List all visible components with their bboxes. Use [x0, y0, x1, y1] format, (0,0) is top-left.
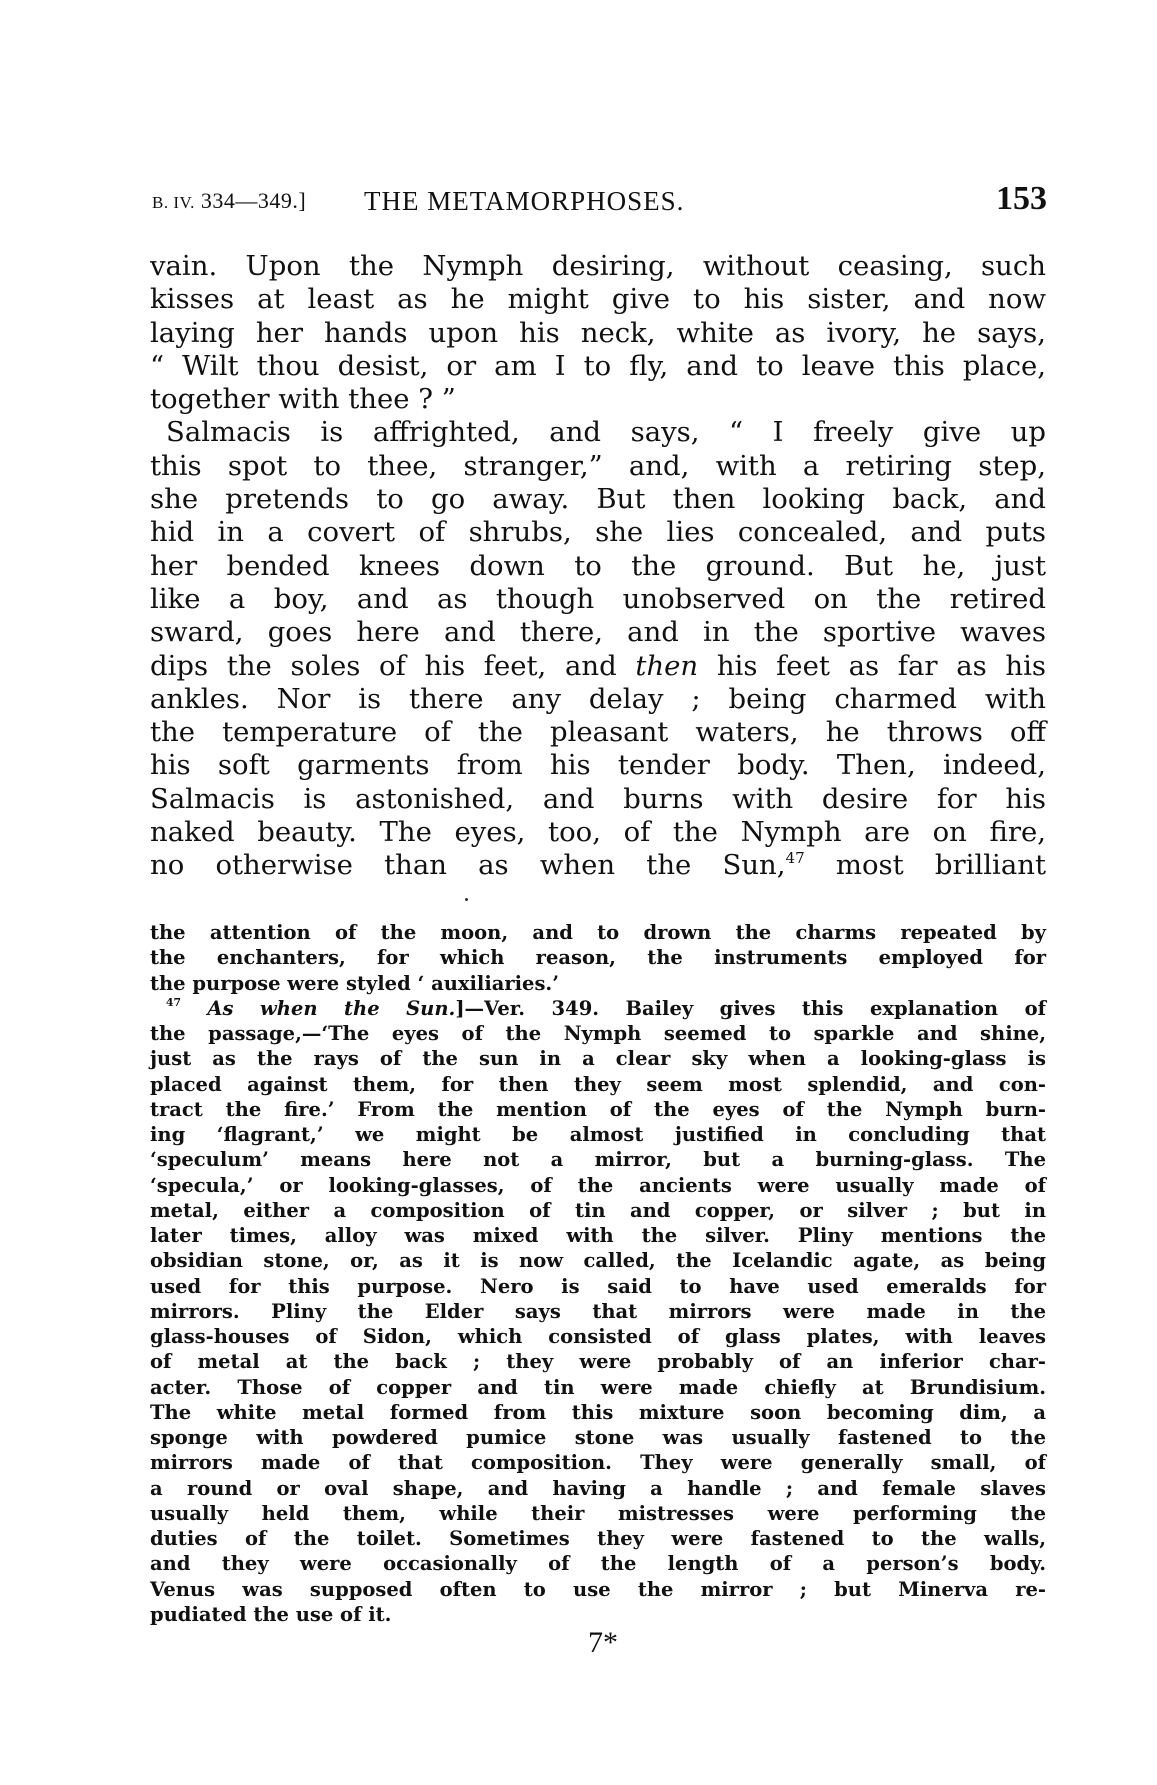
footnote-47-start: 47 As when the Sun.]—Ver. 349. Bailey gi…	[150, 996, 1046, 1021]
footnote-text: ]—Ver. 349. Bailey gives this explanatio…	[455, 997, 1046, 1020]
text-line: like a boy, and as though unobserved on …	[150, 583, 1046, 616]
text-line: her bended knees down to the ground. But…	[150, 550, 1046, 583]
text-line: ankles. Nor is there any delay ; being c…	[150, 683, 1046, 716]
text-line: Salmacis is astonished, and burns with d…	[150, 783, 1046, 816]
footnote-marker: 47	[166, 996, 181, 1009]
footnote-line: acter. Those of copper and tin were made…	[150, 1375, 1046, 1400]
text-line: the temperature of the pleasant waters, …	[150, 716, 1046, 749]
footnote-line: ‘specula,’ or looking-glasses, of the an…	[150, 1173, 1046, 1198]
running-head: B. IV. 334—349.] THE METAMORPHOSES. 153	[152, 178, 1047, 218]
text-line: “ Wilt thou desist, or am I to fly, and …	[150, 350, 1046, 383]
text-line: sward, goes here and there, and in the s…	[150, 616, 1046, 649]
text-line: his soft garments from his tender body. …	[150, 749, 1046, 782]
text-segment: his feet as far as his	[698, 650, 1046, 682]
text-line: no otherwise than as when the Sun,47 mos…	[150, 849, 1046, 882]
separator-dot	[465, 898, 468, 901]
text-line: together with thee ? ”	[150, 383, 1046, 416]
verse-range: 334—349.]	[201, 188, 306, 213]
footnote-line: glass-houses of Sidon, which consisted o…	[150, 1324, 1046, 1349]
footnote-line: ‘speculum’ means here not a mirror, but …	[150, 1147, 1046, 1172]
footnote-line: duties of the toilet. Sometimes they wer…	[150, 1526, 1046, 1551]
footnotes: the attention of the moon, and to drown …	[150, 920, 1046, 1627]
text-line: hid in a covert of shrubs, she lies conc…	[150, 516, 1046, 549]
footnote-line: a round or oval shape, and having a hand…	[150, 1476, 1046, 1501]
text-segment: no otherwise than as when the Sun,	[150, 849, 786, 881]
signature-mark: 7*	[588, 1626, 618, 1660]
footnote-line: placed against them, for then they seem …	[150, 1072, 1046, 1097]
footnote-line: and they were occasionally of the length…	[150, 1551, 1046, 1576]
running-title: THE METAMORPHOSES.	[364, 186, 684, 217]
text-line: vain. Upon the Nymph desiring, without c…	[150, 250, 1046, 283]
text-line: she pretends to go away. But then lookin…	[150, 483, 1046, 516]
footnote-line: mirrors made of that composition. They w…	[150, 1450, 1046, 1475]
book-verse-reference: B. IV. 334—349.]	[152, 188, 306, 214]
footnote-line: of metal at the back ; they were probabl…	[150, 1349, 1046, 1374]
footnote-line: The white metal formed from this mixture…	[150, 1400, 1046, 1425]
footnote-line: the attention of the moon, and to drown …	[150, 920, 1046, 945]
footnote-line: the enchanters, for which reason, the in…	[150, 945, 1046, 970]
italic-emphasis: then	[635, 650, 698, 682]
footnote-line: Venus was supposed often to use the mirr…	[150, 1577, 1046, 1602]
book-page: B. IV. 334—349.] THE METAMORPHOSES. 153 …	[0, 0, 1157, 1785]
footnote-line: just as the rays of the sun in a clear s…	[150, 1046, 1046, 1071]
paragraph-start-line: Salmacis is affrighted, and says, “ I fr…	[150, 416, 1046, 449]
footnote-line: later times, alloy was mixed with the si…	[150, 1223, 1046, 1248]
book-number: B. IV.	[152, 193, 195, 212]
text-segment: most brilliant	[805, 849, 1046, 881]
footnote-line: usually held them, while their mistresse…	[150, 1501, 1046, 1526]
text-line: this spot to thee, stranger,” and, with …	[150, 450, 1046, 483]
page-number: 153	[996, 180, 1047, 218]
footnote-lemma: As when the Sun.	[207, 997, 455, 1020]
footnote-line: ing ‘flagrant,’ we might be almost justi…	[150, 1122, 1046, 1147]
text-line: laying her hands upon his neck, white as…	[150, 317, 1046, 350]
text-segment: dips the soles of his feet, and	[150, 650, 635, 682]
footnote-line: tract the fire.’ From the mention of the…	[150, 1097, 1046, 1122]
footnote-reference[interactable]: 47	[786, 849, 805, 867]
footnote-line: metal, either a composition of tin and c…	[150, 1198, 1046, 1223]
footnote-line: sponge with powdered pumice stone was us…	[150, 1425, 1046, 1450]
footnote-line: pudiated the use of it.	[150, 1602, 1046, 1627]
footnote-line: mirrors. Pliny the Elder says that mirro…	[150, 1299, 1046, 1324]
main-text: vain. Upon the Nymph desiring, without c…	[150, 250, 1046, 883]
text-line: naked beauty. The eyes, too, of the Nymp…	[150, 816, 1046, 849]
text-line: dips the soles of his feet, and then his…	[150, 650, 1046, 683]
footnote-line: the passage,—‘The eyes of the Nymph seem…	[150, 1021, 1046, 1046]
footnote-line: used for this purpose. Nero is said to h…	[150, 1274, 1046, 1299]
footnote-line: the purpose were styled ‘ auxiliaries.’	[150, 971, 1046, 996]
text-line: kisses at least as he might give to his …	[150, 283, 1046, 316]
footnote-line: obsidian stone, or, as it is now called,…	[150, 1248, 1046, 1273]
